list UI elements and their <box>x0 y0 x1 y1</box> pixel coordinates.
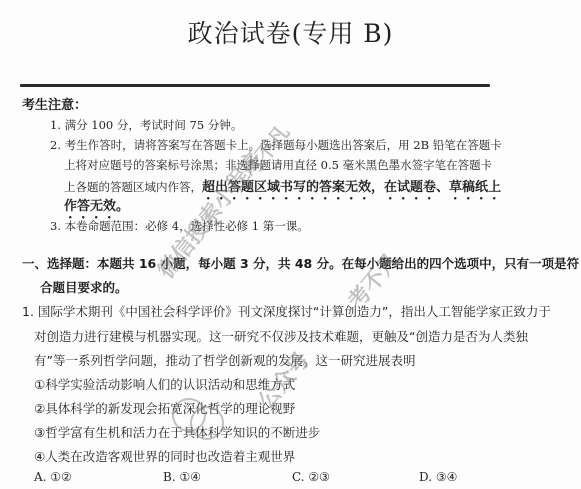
notice-item-2: 2. 考生作答时，请将答案写在答题卡上。选择题每小题选出答案后，用 2B 铅笔在… <box>50 137 502 153</box>
notice-item-3: 3. 本卷命题范围：必修 4，选择性必修 1 第一课。 <box>50 218 309 234</box>
question-1-statement-3: ③哲学富有生机和活力在于具体科学知识的不断进步 <box>34 423 320 441</box>
question-1-statement-4: ④人类在改造客观世界的同时也改造着主观世界 <box>34 447 295 465</box>
notice-plain-text: 上各题的答题区域内作答， <box>64 180 202 194</box>
question-1-stem-line2: 对创造力进行建模与机器实现。这一研究不仅涉及技术难题，更触及“创造力是否为人类独 <box>34 327 528 345</box>
option-d[interactable]: D. ③④ <box>419 470 457 484</box>
question-1-statement-2: ②具体科学的新发现会拓宽深化哲学的理论视野 <box>34 399 295 417</box>
notice-item-2-cont2: 上各题的答题区域内作答，超出答题区域书写的答案无效，在试题卷、草稿纸上 <box>64 176 501 203</box>
notice-heading: 考生注意： <box>22 94 87 113</box>
notice-item-2-cont: 上将对应题号的答案标号涂黑；非选择题请用直径 0.5 毫米黑色墨水签字笔在答题卡 <box>64 157 492 173</box>
question-1-stem-line1: 1. 国际学术期刊《中国社会科学评价》刊文深度探讨“计算创造力”，指出人工智能学… <box>22 302 551 320</box>
exam-title: 政治试卷(专用 B) <box>0 14 581 50</box>
option-b[interactable]: B. ①④ <box>163 470 201 484</box>
question-1-stem-line3: 有”等一系列哲学问题，推动了哲学创新观的发展。这一研究进展表明 <box>34 351 415 369</box>
question-1-statement-1: ①科学实验活动影响人们的认识活动和思维方式 <box>34 375 295 393</box>
notice-item-1: 1. 满分 100 分，考试时间 75 分钟。 <box>50 117 242 133</box>
header-divider <box>20 84 490 87</box>
section-heading-line2: 合题目要求的。 <box>40 278 128 296</box>
exam-page: 政治试卷(专用 B) 考生注意： 1. 满分 100 分，考试时间 75 分钟。… <box>0 0 581 489</box>
section-heading-line1: 一、选择题：本题共 16 小题，每小题 3 分，共 48 分。在每小题给出的四个… <box>22 254 579 272</box>
option-c[interactable]: C. ②③ <box>292 470 330 484</box>
notice-emphasis-text: 超出答题区域书写的答案无效，在试题卷、草稿纸上 <box>202 180 501 195</box>
notice-emphasis-text-2: 作答无效。 <box>64 199 129 214</box>
option-a[interactable]: A. ①② <box>34 470 72 484</box>
